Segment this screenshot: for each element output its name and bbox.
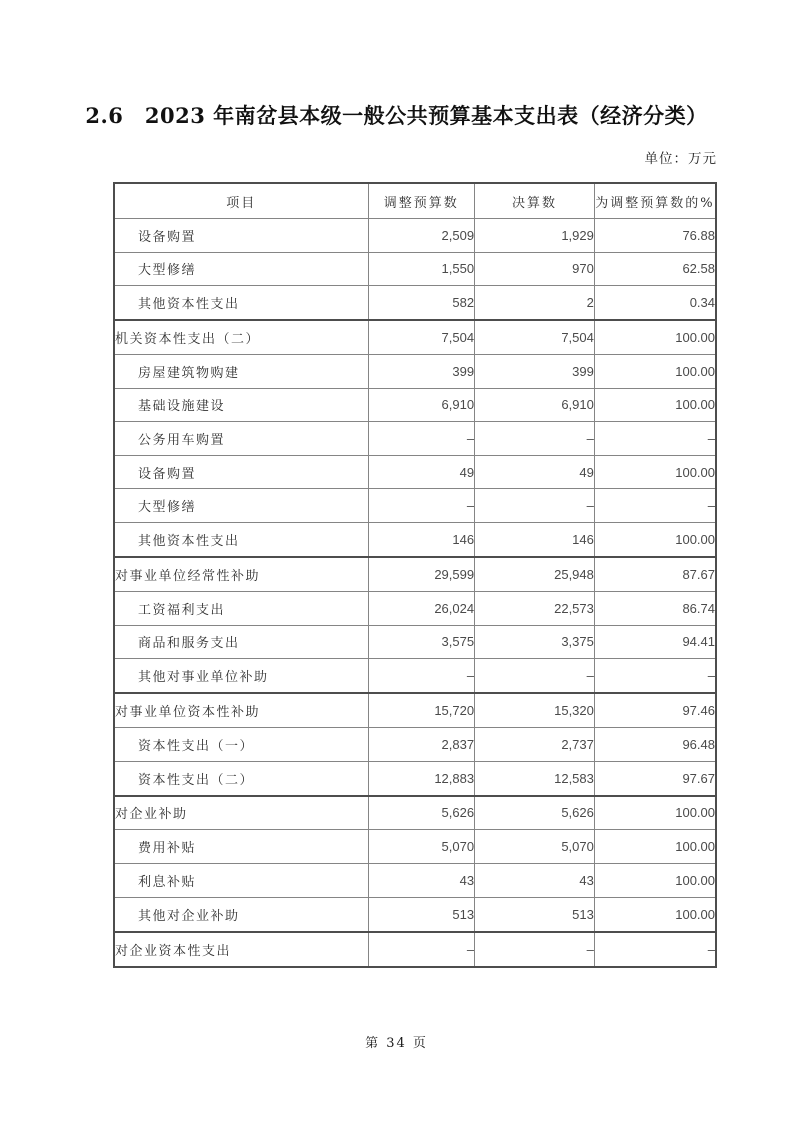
adjusted-budget-cell: – [368, 489, 475, 523]
percent-cell: 87.67 [594, 557, 716, 591]
item-cell: 机关资本性支出（二） [114, 320, 368, 354]
unit-label: 单位：万元 [645, 147, 718, 167]
final-accounts-cell: 43 [475, 864, 595, 898]
item-cell: 资本性支出（二） [114, 761, 368, 795]
final-accounts-cell: 146 [475, 523, 595, 557]
table-row: 对事业单位资本性补助15,72015,32097.46 [114, 693, 716, 727]
percent-cell: – [594, 422, 716, 456]
final-accounts-cell: 25,948 [475, 557, 595, 591]
final-accounts-cell: 7,504 [475, 320, 595, 354]
item-cell: 其他资本性支出 [114, 286, 368, 320]
col-header-item: 项目 [114, 183, 368, 219]
adjusted-budget-cell: – [368, 932, 475, 967]
adjusted-budget-cell: 5,626 [368, 796, 475, 830]
table-row: 其他资本性支出58220.34 [114, 286, 716, 320]
final-accounts-cell: 5,070 [475, 830, 595, 864]
adjusted-budget-cell: 146 [368, 523, 475, 557]
adjusted-budget-cell: – [368, 659, 475, 693]
page-title: 2.6 2023 年南岔县本级一般公共预算基本支出表（经济分类） [0, 100, 793, 130]
percent-cell: 76.88 [594, 219, 716, 253]
adjusted-budget-cell: 2,509 [368, 219, 475, 253]
item-cell: 利息补贴 [114, 864, 368, 898]
final-accounts-cell: 5,626 [475, 796, 595, 830]
item-cell: 工资福利支出 [114, 591, 368, 625]
item-cell: 其他对企业补助 [114, 897, 368, 931]
final-accounts-cell: 2,737 [475, 727, 595, 761]
percent-cell: 100.00 [594, 830, 716, 864]
table-row: 公务用车购置––– [114, 422, 716, 456]
adjusted-budget-cell: 513 [368, 897, 475, 931]
adjusted-budget-cell: – [368, 422, 475, 456]
item-cell: 对事业单位经常性补助 [114, 557, 368, 591]
percent-cell: – [594, 932, 716, 967]
final-accounts-cell: 399 [475, 355, 595, 389]
col-header-final-accounts: 决算数 [475, 183, 595, 219]
table-row: 资本性支出（二）12,88312,58397.67 [114, 761, 716, 795]
table-row: 对企业资本性支出––– [114, 932, 716, 967]
adjusted-budget-cell: 26,024 [368, 591, 475, 625]
table-row: 房屋建筑物购建399399100.00 [114, 355, 716, 389]
col-header-percent: 为调整预算数的% [594, 183, 716, 219]
adjusted-budget-cell: 399 [368, 355, 475, 389]
adjusted-budget-cell: 7,504 [368, 320, 475, 354]
adjusted-budget-cell: 582 [368, 286, 475, 320]
percent-cell: 100.00 [594, 320, 716, 354]
item-cell: 对事业单位资本性补助 [114, 693, 368, 727]
percent-cell: 100.00 [594, 355, 716, 389]
item-cell: 其他资本性支出 [114, 523, 368, 557]
adjusted-budget-cell: 29,599 [368, 557, 475, 591]
percent-cell: 0.34 [594, 286, 716, 320]
document-page: 2.6 2023 年南岔县本级一般公共预算基本支出表（经济分类） 单位：万元 项… [0, 0, 793, 1122]
percent-cell: 96.48 [594, 727, 716, 761]
final-accounts-cell: – [475, 422, 595, 456]
final-accounts-cell: 3,375 [475, 625, 595, 659]
table-row: 其他对企业补助513513100.00 [114, 897, 716, 931]
table-row: 商品和服务支出3,5753,37594.41 [114, 625, 716, 659]
item-cell: 房屋建筑物购建 [114, 355, 368, 389]
final-accounts-cell: 2 [475, 286, 595, 320]
table-header-row: 项目 调整预算数 决算数 为调整预算数的% [114, 183, 716, 219]
percent-cell: 94.41 [594, 625, 716, 659]
item-cell: 基础设施建设 [114, 388, 368, 422]
table-row: 利息补贴4343100.00 [114, 864, 716, 898]
table-row: 其他对事业单位补助––– [114, 659, 716, 693]
percent-cell: 97.67 [594, 761, 716, 795]
table-row: 对企业补助5,6265,626100.00 [114, 796, 716, 830]
adjusted-budget-cell: 49 [368, 455, 475, 489]
item-cell: 费用补贴 [114, 830, 368, 864]
item-cell: 设备购置 [114, 219, 368, 253]
final-accounts-cell: 12,583 [475, 761, 595, 795]
table-row: 费用补贴5,0705,070100.00 [114, 830, 716, 864]
item-cell: 公务用车购置 [114, 422, 368, 456]
item-cell: 对企业补助 [114, 796, 368, 830]
item-cell: 商品和服务支出 [114, 625, 368, 659]
adjusted-budget-cell: 12,883 [368, 761, 475, 795]
final-accounts-cell: 22,573 [475, 591, 595, 625]
final-accounts-cell: – [475, 489, 595, 523]
col-header-adjusted-budget: 调整预算数 [368, 183, 475, 219]
table-row: 资本性支出（一）2,8372,73796.48 [114, 727, 716, 761]
percent-cell: 100.00 [594, 796, 716, 830]
table-row: 设备购置4949100.00 [114, 455, 716, 489]
item-cell: 其他对事业单位补助 [114, 659, 368, 693]
table-body: 设备购置2,5091,92976.88大型修缮1,55097062.58其他资本… [114, 219, 716, 968]
final-accounts-cell: 513 [475, 897, 595, 931]
final-accounts-cell: 15,320 [475, 693, 595, 727]
adjusted-budget-cell: 5,070 [368, 830, 475, 864]
budget-table: 项目 调整预算数 决算数 为调整预算数的% 设备购置2,5091,92976.8… [113, 182, 717, 968]
item-cell: 大型修缮 [114, 489, 368, 523]
adjusted-budget-cell: 3,575 [368, 625, 475, 659]
final-accounts-cell: 49 [475, 455, 595, 489]
adjusted-budget-cell: 6,910 [368, 388, 475, 422]
table-row: 工资福利支出26,02422,57386.74 [114, 591, 716, 625]
table-row: 设备购置2,5091,92976.88 [114, 219, 716, 253]
table-row: 其他资本性支出146146100.00 [114, 523, 716, 557]
percent-cell: – [594, 659, 716, 693]
adjusted-budget-cell: 1,550 [368, 252, 475, 286]
percent-cell: 100.00 [594, 455, 716, 489]
percent-cell: – [594, 489, 716, 523]
final-accounts-cell: 970 [475, 252, 595, 286]
table-row: 机关资本性支出（二）7,5047,504100.00 [114, 320, 716, 354]
percent-cell: 86.74 [594, 591, 716, 625]
percent-cell: 100.00 [594, 388, 716, 422]
item-cell: 资本性支出（一） [114, 727, 368, 761]
final-accounts-cell: 1,929 [475, 219, 595, 253]
percent-cell: 100.00 [594, 523, 716, 557]
final-accounts-cell: – [475, 932, 595, 967]
table-row: 对事业单位经常性补助29,59925,94887.67 [114, 557, 716, 591]
table-row: 基础设施建设6,9106,910100.00 [114, 388, 716, 422]
table-row: 大型修缮1,55097062.58 [114, 252, 716, 286]
final-accounts-cell: 6,910 [475, 388, 595, 422]
percent-cell: 62.58 [594, 252, 716, 286]
final-accounts-cell: – [475, 659, 595, 693]
item-cell: 设备购置 [114, 455, 368, 489]
adjusted-budget-cell: 15,720 [368, 693, 475, 727]
item-cell: 大型修缮 [114, 252, 368, 286]
item-cell: 对企业资本性支出 [114, 932, 368, 967]
page-number: 第 34 页 [0, 1032, 793, 1051]
adjusted-budget-cell: 2,837 [368, 727, 475, 761]
percent-cell: 100.00 [594, 897, 716, 931]
table-row: 大型修缮––– [114, 489, 716, 523]
percent-cell: 100.00 [594, 864, 716, 898]
percent-cell: 97.46 [594, 693, 716, 727]
adjusted-budget-cell: 43 [368, 864, 475, 898]
